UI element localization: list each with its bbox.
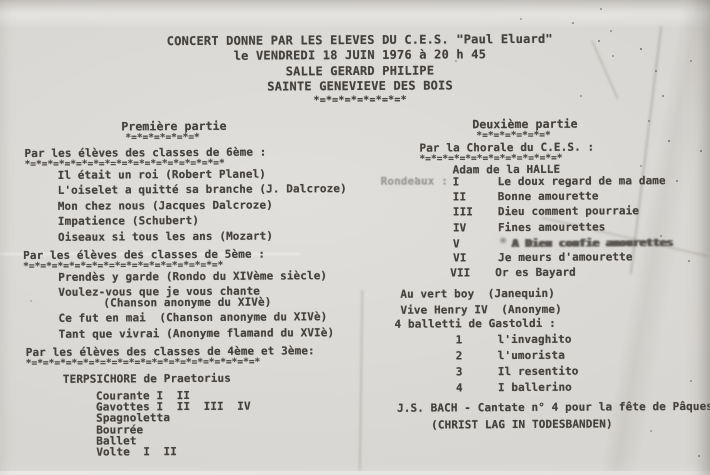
- bach-title: J.S. BACH - Cantate n° 4 pour la fête de…: [397, 400, 710, 415]
- program-item: Tant que vivrai (Anonyme flamand du XVIè…: [59, 326, 335, 341]
- program-item-continuation: (Chanson anonyme du XIVè): [103, 296, 271, 310]
- rondeau-title: Je meurs d'amourette: [498, 250, 633, 264]
- balletto-row: 3Il resentito: [456, 365, 579, 379]
- balletto-title: Il resentito: [498, 365, 579, 378]
- bach-subtitle: (CHRIST LAG IN TODESBANDEN): [431, 417, 613, 431]
- rondeau-row: VIJe meurs d'amourette: [453, 250, 633, 264]
- program-item: Prendès y garde (Rondo du XIVème siècle): [58, 269, 327, 284]
- rondeau-title: Le doux regard de ma dame: [498, 174, 666, 188]
- balletto-row: 1l'invaghito: [456, 333, 572, 347]
- rondeau-numeral: II: [453, 190, 498, 203]
- rondeau-row: V*A Dieu confie amourettes: [453, 235, 673, 251]
- rondeau-row: VIIOr es Bayard: [450, 266, 576, 280]
- movement-item: Volte I II: [96, 445, 177, 458]
- rondeau-numeral: VII: [450, 266, 495, 279]
- program-item: Il était un roi (Robert Planel): [58, 168, 266, 182]
- balletto-number: 4: [456, 381, 498, 394]
- group-4eme-3eme-divider: *=*=*=*=*=*=*=*=*=*=*=*=*=*=*=*=*=*=*=*=…: [26, 357, 261, 369]
- balletti-heading: 4 balletti de Gastoldi :: [394, 317, 555, 331]
- balletto-number: 2: [456, 349, 498, 362]
- rondeau-title: Fines amourettes: [498, 220, 606, 234]
- rondeau-numeral: I: [453, 175, 498, 188]
- balletto-row: 4I ballerino: [456, 381, 572, 395]
- program-item: Impatience (Schubert): [58, 214, 199, 228]
- rondeau-title: Dieu comment pourraie: [498, 204, 639, 218]
- part1-title-divider: *=*=*=*=*=*=*: [125, 132, 199, 143]
- rondeau-numeral: IV: [453, 221, 498, 234]
- song-item: Vive Henry IV (Anonyme): [400, 303, 561, 317]
- rondeau-row: IIBonne amourette: [453, 190, 599, 204]
- rondeau-title: A Dieu confie amourettes: [512, 236, 673, 250]
- rondeau-row: IIIDieu comment pourraie: [453, 204, 639, 218]
- rondeau-row: IVFines amourettes: [453, 220, 606, 234]
- scanned-concert-program: CONCERT DONNE PAR LES ELEVES DU C.E.S. "…: [0, 0, 710, 475]
- balletto-number: 1: [456, 333, 498, 346]
- program-item: Oiseaux si tous les ans (Mozart): [58, 230, 273, 244]
- program-item: Mon chez nous (Jacques Dalcroze): [58, 199, 273, 213]
- balletto-number: 3: [456, 365, 498, 378]
- balletto-title: I ballerino: [498, 381, 572, 394]
- program-item: L'oiselet a quitté sa branche (J. Dalcro…: [58, 182, 347, 197]
- rondeau-title: Bonne amourette: [498, 190, 599, 204]
- balletto-title: l'umorista: [498, 349, 565, 362]
- balletto-title: l'invaghito: [498, 333, 572, 346]
- part2-title-divider: *=*=*=*=*=*=*: [476, 130, 550, 141]
- program-header: CONCERT DONNE PAR LES ELEVES DU C.E.S. "…: [5, 31, 710, 108]
- rondeau-numeral: V: [453, 237, 498, 250]
- work-title: TERPSICHORE de Praetorius: [63, 372, 231, 386]
- balletto-row: 2l'umorista: [456, 349, 565, 363]
- part2-column: Deuxième partie *=*=*=*=*=*=* Par la Cho…: [377, 110, 710, 462]
- rondeau-title: Or es Bayard: [495, 266, 576, 279]
- rondeau-numeral: VI: [453, 251, 498, 264]
- rondeau-numeral: III: [453, 205, 498, 218]
- song-item: Au vert boy (Janequin): [400, 287, 555, 301]
- part1-column: Première partie *=*=*=*=*=*=* Par les él…: [21, 112, 375, 464]
- rondeau-row: ILe doux regard de ma dame: [453, 174, 666, 188]
- typed-content: CONCERT DONNE PAR LES ELEVES DU C.E.S. "…: [0, 0, 710, 475]
- rondeaux-label: Rondeaux :: [381, 174, 448, 187]
- program-item: Ce fut en mai (Chanson anonyme du XIVè): [58, 310, 327, 325]
